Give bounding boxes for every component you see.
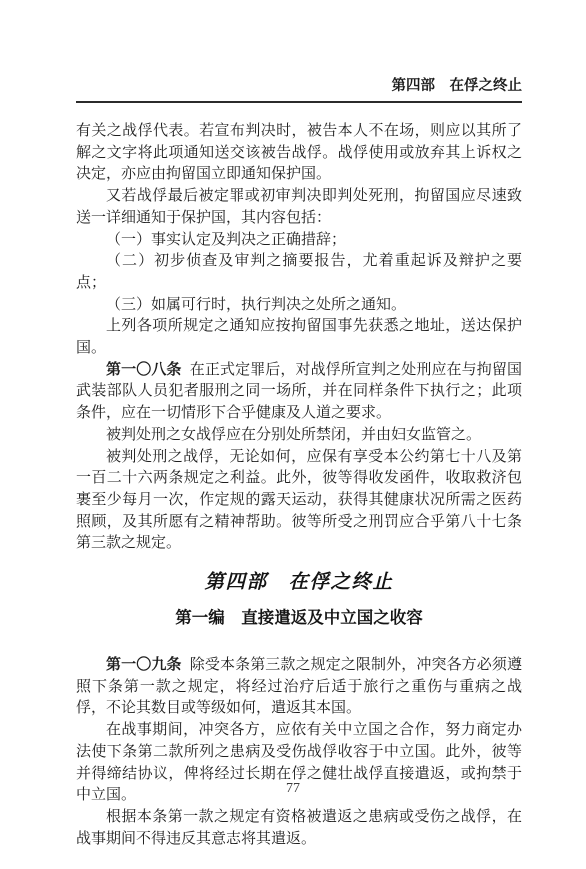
- running-header: 第四部 在俘之终止: [76, 78, 522, 94]
- paragraph-continuation: 有关之战俘代表。若宣布判决时，被告本人不在场，则应以其所了解之文字将此项通知送交…: [76, 121, 522, 186]
- page-body: 有关之战俘代表。若宣布判决时，被告本人不在场，则应以其所了解之文字将此项通知送交…: [76, 121, 522, 850]
- list-item-2: （二）初步侦查及审判之摘要报告，尤着重起诉及辩护之要点；: [76, 251, 522, 294]
- page-header: 第四部 在俘之终止: [76, 78, 522, 103]
- article-number: 第一〇八条: [106, 362, 182, 378]
- paragraph: 被判处刑之女战俘应在分别处所禁闭，并由妇女监管之。: [76, 425, 522, 447]
- header-rule: [76, 101, 522, 103]
- page-number: 77: [0, 781, 586, 797]
- article-number: 第一〇九条: [106, 657, 182, 673]
- list-item-1: （一）事实认定及判决之正确措辞；: [76, 230, 522, 252]
- paragraph: 又若战俘最后被定罪或初审判决即判处死刑，拘留国应尽速致送一详细通知于保护国，其内…: [76, 186, 522, 229]
- article-109-paragraph: 第一〇九条除受本条第三款之规定之限制外，冲突各方必须遵照下条第一款之规定，将经过…: [76, 655, 522, 720]
- chapter-heading: 第一编 直接遣返及中立国之收容: [76, 607, 522, 629]
- list-item-3: （三）如属可行时，执行判决之处所之通知。: [76, 295, 522, 317]
- part-heading: 第四部 在俘之终止: [76, 569, 522, 595]
- document-page: 第四部 在俘之终止 有关之战俘代表。若宣布判决时，被告本人不在场，则应以其所了解…: [0, 0, 586, 869]
- article-108-paragraph: 第一〇八条在正式定罪后，对战俘所宣判之处刑应在与拘留国武装部队人员犯者服刑之同一…: [76, 360, 522, 425]
- paragraph: 被判处刑之战俘，无论如何，应保有享受本公约第七十八及第一百二十六两条规定之利益。…: [76, 447, 522, 556]
- paragraph: 根据本条第一款之规定有资格被遣返之患病或受伤之战俘，在战事期间不得违反其意志将其…: [76, 807, 522, 850]
- paragraph: 上列各项所规定之通知应按拘留国事先获悉之地址，送达保护国。: [76, 316, 522, 359]
